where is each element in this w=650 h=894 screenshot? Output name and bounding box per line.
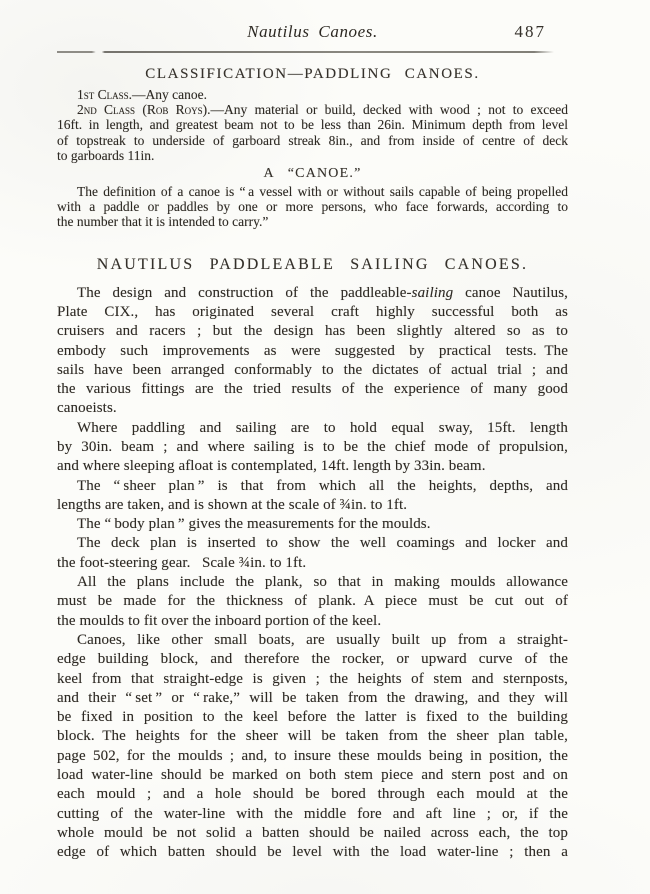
text-run: each mould ; and a hole should be bored … [57,786,568,802]
paragraph-plank: All the plans include the plank, so that… [57,573,568,631]
text-run: The deck plan is inserted to show the we… [77,535,568,551]
text-line: of topstreak to underside of garboard st… [57,133,568,148]
paragraph-building: Canoes, like other small boats, are usua… [57,631,568,863]
text-line: keel from that straight-edge is given ; … [57,670,568,689]
text-line: cruisers and racers ; but the design has… [57,322,568,341]
header-rule [57,51,554,53]
text-line: The “ body plan ” gives the measurements… [57,515,568,534]
text-line: by 30in. beam ; and where sailing is to … [57,438,568,457]
text-line: All the plans include the plank, so that… [57,573,568,592]
page-content: Nautilus Canoes. 487 CLASSIFICATION—PADD… [57,22,568,863]
text-line: each mould ; and a hole should be bored … [57,785,568,804]
text-run: sailing [412,285,454,301]
text-line: to garboards 11in. [57,148,568,163]
text-run: keel from that straight-edge is given ; … [57,671,568,687]
paragraph-dimensions: Where paddling and sailing are to hold e… [57,419,568,477]
text-line: sails have been arranged conformably to … [57,361,568,380]
text-line: 16ft. in length, and greatest beam not t… [57,117,568,132]
text-run: 1st Class. [77,87,132,102]
text-line: block. The heights for the sheer will be… [57,727,568,746]
text-run: Where paddling and sailing are to hold e… [77,420,568,436]
text-line: and their “ set ” or “ rake,” will be ta… [57,689,568,708]
text-run: the moulds to fit over the inboard porti… [57,613,381,629]
text-line: page 502, for the moulds ; and, to insur… [57,747,568,766]
nautilus-section-heading: NAUTILUS PADDLEABLE SAILING CANOES. [57,256,568,274]
text-run: cutting of the water-line with the middl… [57,806,568,822]
text-line: cutting of the water-line with the middl… [57,805,568,824]
canoe-definition-heading: A “CANOE.” [57,166,568,182]
text-run: be fixed in position to the keel before … [57,709,568,725]
text-run: edge building block, and therefore the r… [57,651,568,667]
text-run: lengths are taken, and is shown at the s… [57,497,407,513]
text-line: lengths are taken, and is shown at the s… [57,496,568,515]
text-run: Canoes, like other small boats, are usua… [77,632,568,648]
text-run: sails have been arranged conformably to … [57,362,568,378]
text-run: block. The heights for the sheer will be… [57,728,568,744]
text-line: the number that it is intended to carry.… [57,214,568,229]
text-line: Canoes, like other small boats, are usua… [57,631,568,650]
text-line: The deck plan is inserted to show the we… [57,534,568,553]
running-head: Nautilus Canoes. 487 [57,22,568,44]
classification-heading: CLASSIFICATION—PADDLING CANOES. [57,66,568,83]
text-line: The definition of a canoe is “ a vessel … [57,184,568,199]
text-run: the number that it is intended to carry.… [57,214,268,229]
text-run: —Any canoe. [132,87,207,102]
text-line: edge building block, and therefore the r… [57,650,568,669]
text-run: The definition of a canoe is “ a vessel … [77,184,568,199]
text-run: and where sleeping afloat is contemplate… [57,458,486,474]
text-line: 2nd Class (Rob Roys).—Any material or bu… [57,102,568,117]
text-run: All the plans include the plank, so that… [77,574,568,590]
text-run: Plate CIX., has originated several craft… [57,304,568,320]
paragraph-body-plan: The “ body plan ” gives the measurements… [57,515,568,534]
text-line: with a paddle or paddles by one or more … [57,199,568,214]
text-run: The “ body plan ” gives the measurements… [77,516,431,532]
text-run: canoe Nautilus, [453,285,568,301]
text-run: embody such improvements as were suggest… [57,343,568,359]
text-line: the foot-steering gear. Scale ¾in. to 1f… [57,554,568,573]
page-number: 487 [515,22,547,42]
text-line: and where sleeping afloat is contemplate… [57,457,568,476]
text-line: must be made for the thickness of plank.… [57,592,568,611]
text-run: —Any material or build, decked with wood… [211,102,568,117]
text-line: edge of which batten should be level wit… [57,843,568,862]
text-run: The “ sheer plan ” is that from which al… [77,478,568,494]
text-line: be fixed in position to the keel before … [57,708,568,727]
paragraph-sheer-plan: The “ sheer plan ” is that from which al… [57,477,568,516]
text-line: 1st Class.—Any canoe. [57,87,568,102]
text-line: embody such improvements as were suggest… [57,342,568,361]
text-run: load water-line should be marked on both… [57,767,568,783]
text-run: canoeists. [57,400,117,416]
running-head-title: Nautilus Canoes. [57,22,568,42]
page-body: CLASSIFICATION—PADDLING CANOES.1st Class… [57,66,568,863]
text-run: edge of which batten should be level wit… [57,844,568,860]
text-run: the various fittings are the tried resul… [57,381,568,397]
text-run: The design and construction of the paddl… [77,285,412,301]
text-line: load water-line should be marked on both… [57,766,568,785]
text-run: and their “ set ” or “ rake,” will be ta… [57,690,568,706]
text-line: Plate CIX., has originated several craft… [57,303,568,322]
text-line: Where paddling and sailing are to hold e… [57,419,568,438]
text-run: page 502, for the moulds ; and, to insur… [57,748,568,764]
text-line: the moulds to fit over the inboard porti… [57,612,568,631]
text-line: canoeists. [57,399,568,418]
text-line: the various fittings are the tried resul… [57,380,568,399]
text-run: 16ft. in length, and greatest beam not t… [57,117,568,132]
text-line: The design and construction of the paddl… [57,284,568,303]
text-run: of topstreak to underside of garboard st… [57,133,568,148]
text-run: 2nd Class (Rob Roys). [77,102,211,117]
second-class-item: 2nd Class (Rob Roys).—Any material or bu… [57,102,568,163]
text-line: The “ sheer plan ” is that from which al… [57,477,568,496]
text-line: whole mould be not solid a batten should… [57,824,568,843]
first-class-item: 1st Class.—Any canoe. [57,87,568,102]
canoe-definition-paragraph: The definition of a canoe is “ a vessel … [57,184,568,230]
text-run: the foot-steering gear. Scale ¾in. to 1f… [57,555,306,571]
text-run: cruisers and racers ; but the design has… [57,323,568,339]
paragraph-deck-plan: The deck plan is inserted to show the we… [57,534,568,573]
text-run: whole mould be not solid a batten should… [57,825,568,841]
book-page: Nautilus Canoes. 487 CLASSIFICATION—PADD… [0,0,650,894]
text-run: with a paddle or paddles by one or more … [57,199,568,214]
text-run: to garboards 11in. [57,148,154,163]
text-run: by 30in. beam ; and where sailing is to … [57,439,568,455]
paragraph-design: The design and construction of the paddl… [57,284,568,419]
text-run: must be made for the thickness of plank.… [57,593,568,609]
